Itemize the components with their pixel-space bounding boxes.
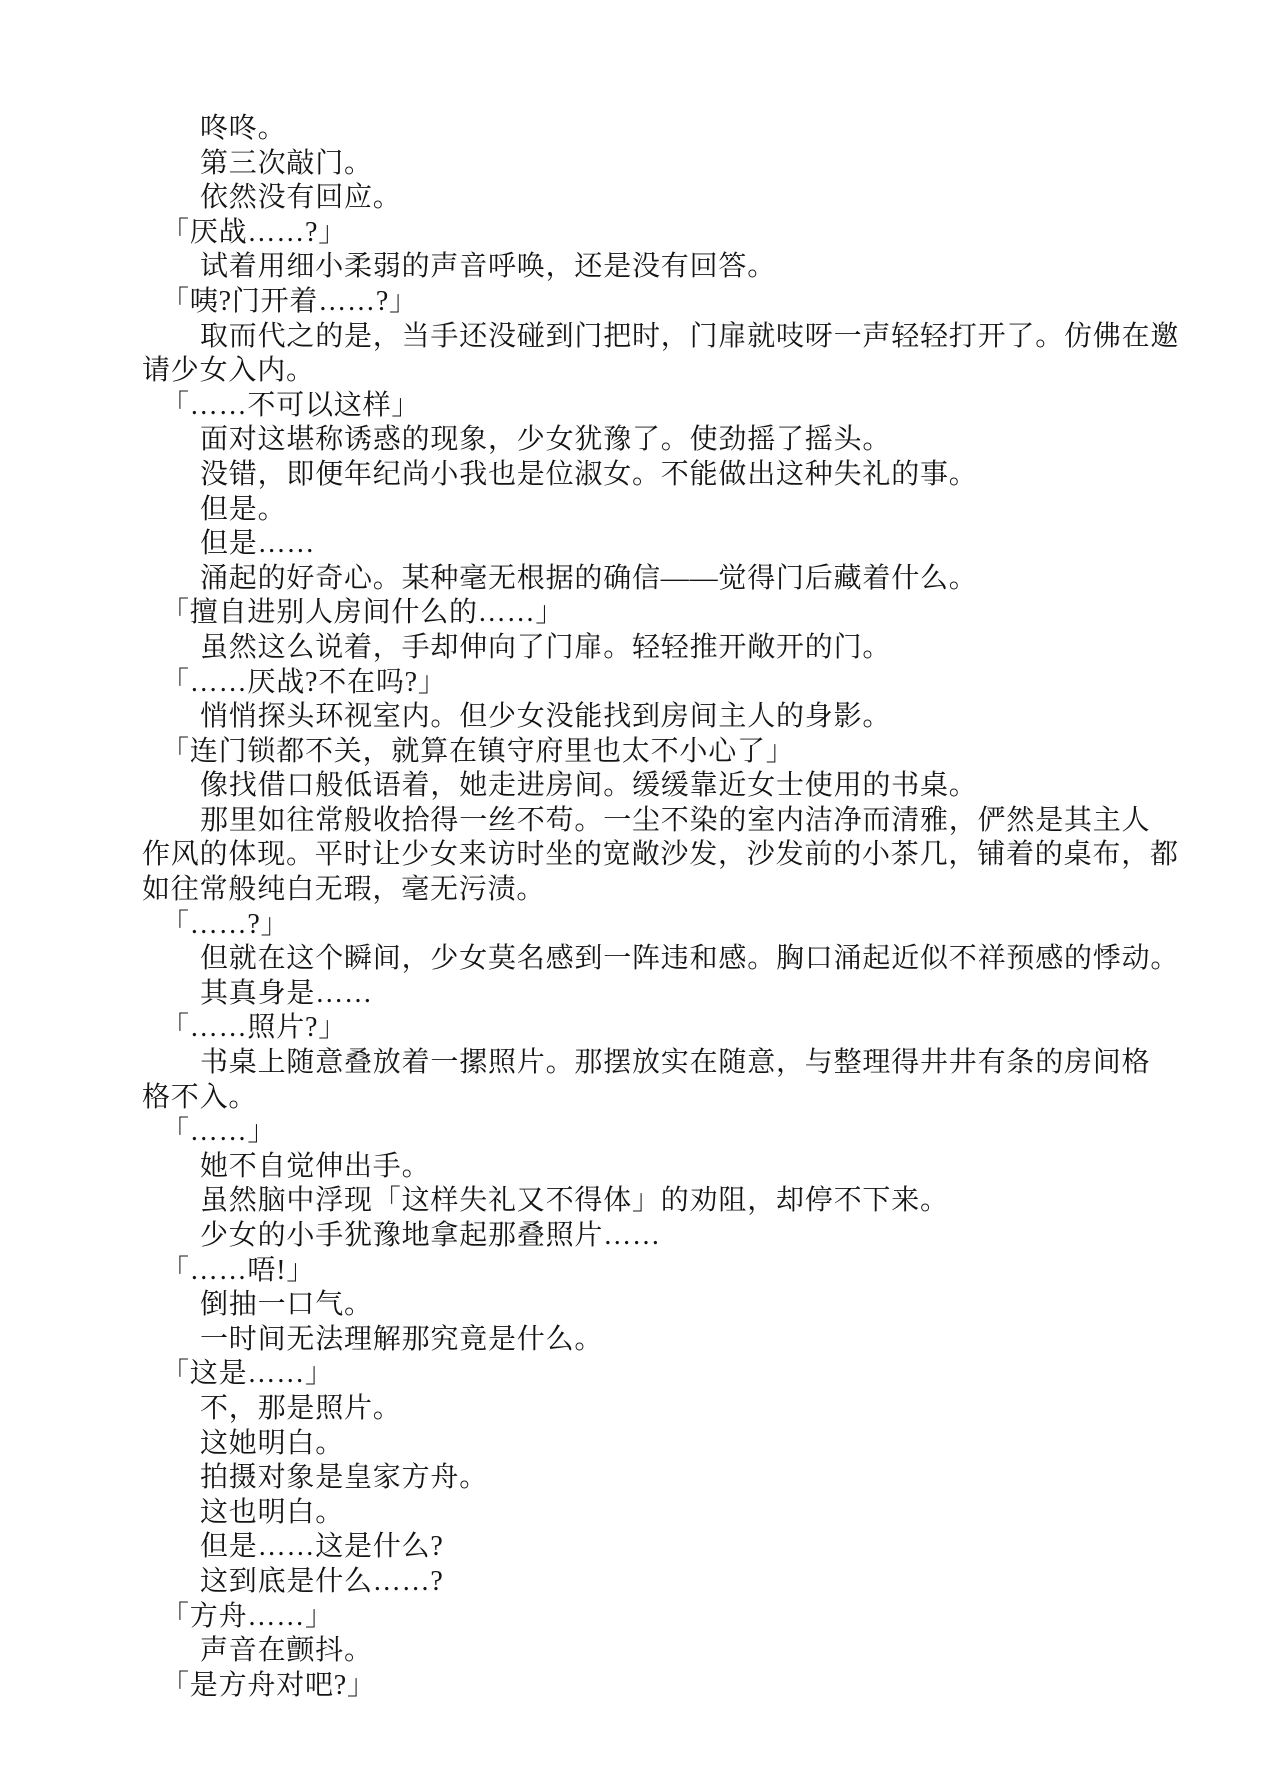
text-line: 如往常般纯白无瑕，毫无污渍。 <box>142 873 1202 908</box>
text-line: 「连门锁都不关，就算在镇守府里也太不小心了」 <box>142 735 1202 770</box>
text-line: 虽然这么说着，手却伸向了门扉。轻轻推开敞开的门。 <box>142 631 1202 666</box>
text-line: 面对这堪称诱惑的现象，少女犹豫了。使劲摇了摇头。 <box>142 423 1202 458</box>
text-line: 依然没有回应。 <box>142 181 1202 216</box>
text-line: 没错，即便年纪尚小我也是位淑女。不能做出这种失礼的事。 <box>142 458 1202 493</box>
text-line: 倒抽一口气。 <box>142 1288 1202 1323</box>
text-line: 这到底是什么……? <box>142 1565 1202 1600</box>
text-line: 她不自觉伸出手。 <box>142 1150 1202 1185</box>
text-line: 书桌上随意叠放着一摞照片。那摆放实在随意，与整理得井井有条的房间格 <box>142 1046 1202 1081</box>
text-line: 像找借口般低语着，她走进房间。缓缓靠近女士使用的书桌。 <box>142 769 1202 804</box>
text-line: 那里如往常般收拾得一丝不苟。一尘不染的室内洁净而清雅，俨然是其主人 <box>142 804 1202 839</box>
text-line: 拍摄对象是皇家方舟。 <box>142 1461 1202 1496</box>
text-line: 「……不可以这样」 <box>142 389 1202 424</box>
text-line: 格不入。 <box>142 1081 1202 1116</box>
text-line: 「是方舟对吧?」 <box>142 1669 1202 1704</box>
text-line: 作风的体现。平时让少女来访时坐的宽敞沙发，沙发前的小茶几，铺着的桌布，都 <box>142 838 1202 873</box>
text-line: 请少女入内。 <box>142 354 1202 389</box>
text-line: 「这是……」 <box>142 1357 1202 1392</box>
text-line: 少女的小手犹豫地拿起那叠照片…… <box>142 1219 1202 1254</box>
text-line: 「方舟……」 <box>142 1600 1202 1635</box>
text-line: 「咦?门开着……?」 <box>142 285 1202 320</box>
text-line: 「……」 <box>142 1115 1202 1150</box>
text-line: 但是…… <box>142 527 1202 562</box>
text-line: 「厌战……?」 <box>142 216 1202 251</box>
text-line: 声音在颤抖。 <box>142 1634 1202 1669</box>
text-line: 其真身是…… <box>142 977 1202 1012</box>
text-line: 悄悄探头环视室内。但少女没能找到房间主人的身影。 <box>142 700 1202 735</box>
text-content: 咚咚。第三次敲门。依然没有回应。「厌战……?」试着用细小柔弱的声音呼唤，还是没有… <box>142 112 1202 1703</box>
text-line: 但是……这是什么? <box>142 1530 1202 1565</box>
text-line: 第三次敲门。 <box>142 147 1202 182</box>
text-line: 「擅自进别人房间什么的……」 <box>142 596 1202 631</box>
text-line: 「……厌战?不在吗?」 <box>142 666 1202 701</box>
document-page: 咚咚。第三次敲门。依然没有回应。「厌战……?」试着用细小柔弱的声音呼唤，还是没有… <box>0 0 1280 1790</box>
text-line: 虽然脑中浮现「这样失礼又不得体」的劝阻，却停不下来。 <box>142 1184 1202 1219</box>
text-line: 不，那是照片。 <box>142 1392 1202 1427</box>
text-line: 咚咚。 <box>142 112 1202 147</box>
text-line: 这也明白。 <box>142 1496 1202 1531</box>
text-line: 但是。 <box>142 493 1202 528</box>
text-line: 但就在这个瞬间，少女莫名感到一阵违和感。胸口涌起近似不祥预感的悸动。 <box>142 942 1202 977</box>
text-line: 试着用细小柔弱的声音呼唤，还是没有回答。 <box>142 250 1202 285</box>
text-line: 「……?」 <box>142 908 1202 943</box>
text-line: 「……唔!」 <box>142 1254 1202 1289</box>
text-line: 涌起的好奇心。某种毫无根据的确信——觉得门后藏着什么。 <box>142 562 1202 597</box>
text-line: 这她明白。 <box>142 1427 1202 1462</box>
text-line: 「……照片?」 <box>142 1011 1202 1046</box>
text-line: 取而代之的是，当手还没碰到门把时，门扉就吱呀一声轻轻打开了。仿佛在邀 <box>142 320 1202 355</box>
text-line: 一时间无法理解那究竟是什么。 <box>142 1323 1202 1358</box>
